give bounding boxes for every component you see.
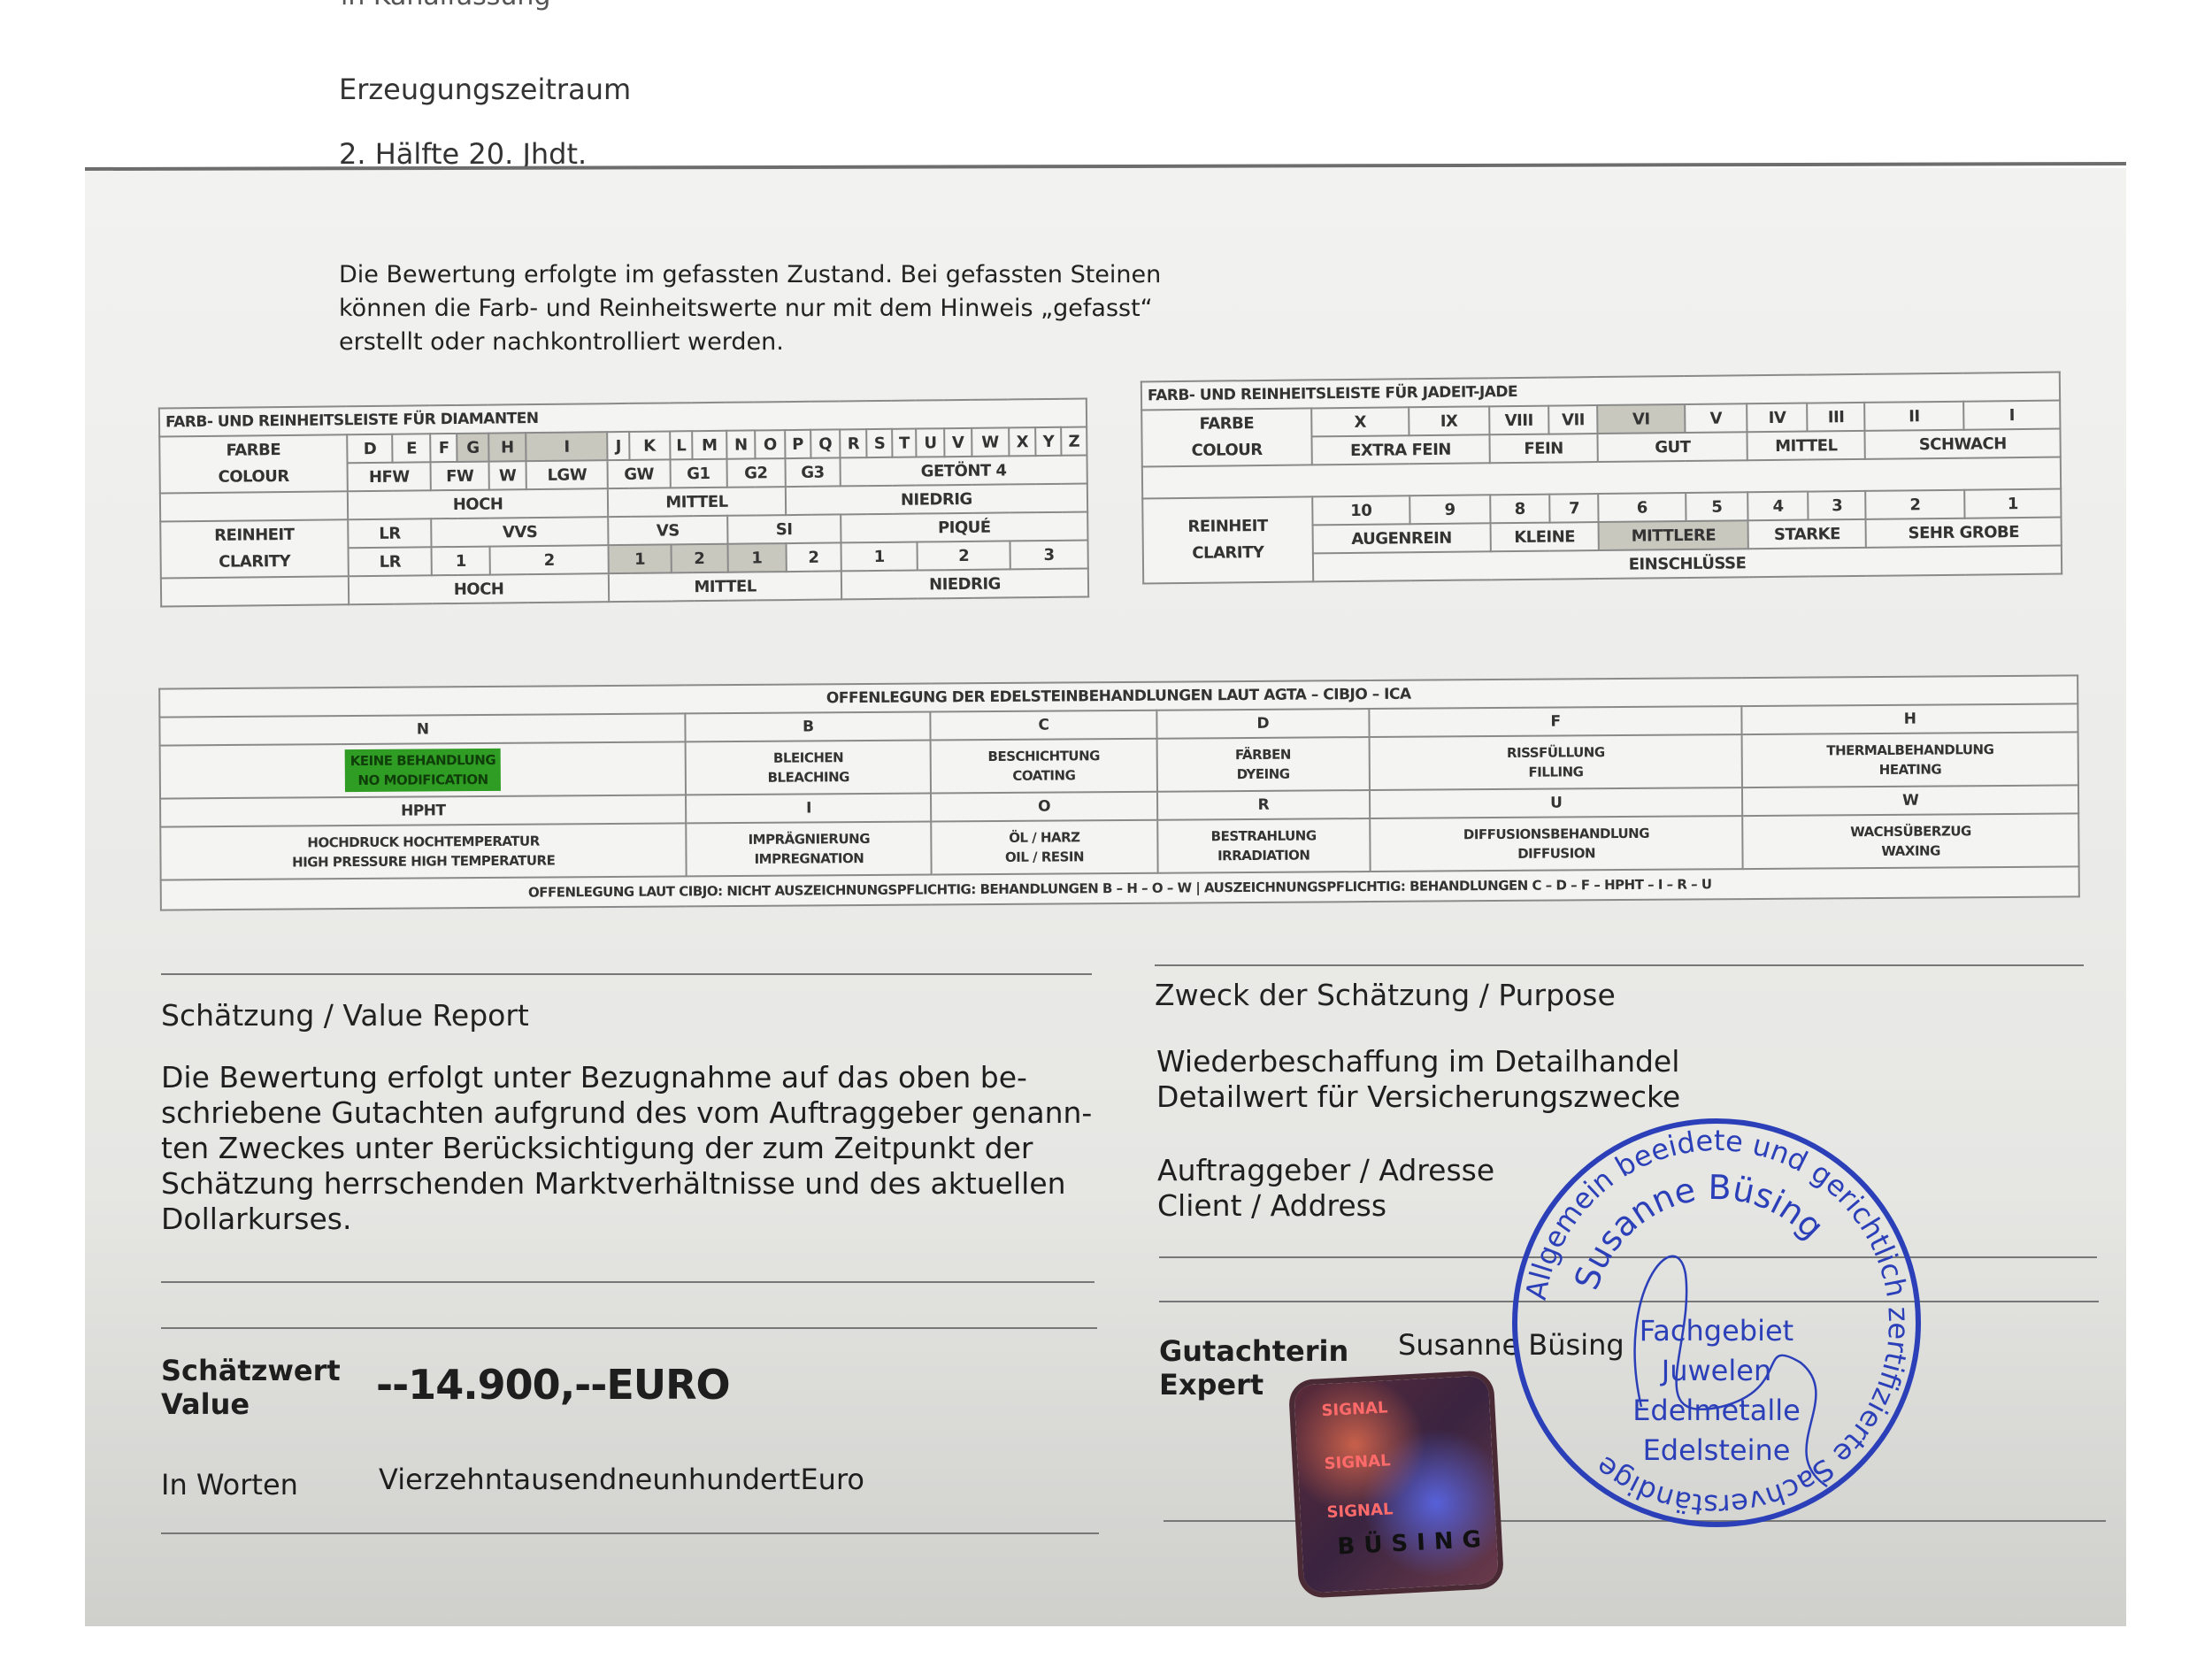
clarity-grade: LR	[349, 547, 433, 576]
colour-group: GUT	[1598, 432, 1747, 462]
colour-group: W	[488, 461, 526, 489]
clarity-group: SI	[727, 514, 841, 543]
header-fragment: in Kanalfassung	[341, 0, 550, 12]
clarity-grade: 3	[1809, 491, 1866, 520]
treatment-code: U	[1370, 787, 1743, 818]
colour-group: FEIN	[1489, 434, 1598, 463]
text-line: Detailwert für Versicherungszwecke	[1156, 1079, 1680, 1115]
divider	[1155, 964, 2084, 966]
clarity-grade: 4	[1747, 492, 1809, 521]
clarity-grade: 1	[1964, 489, 2061, 518]
treatment-description: BESTRAHLUNGIRRADIATION	[1157, 818, 1371, 873]
treatment-description: BESCHICHTUNGCOATING	[931, 739, 1157, 794]
in-words-value: VierzehntausendneunhundertEuro	[379, 1462, 864, 1497]
clarity-group: SEHR GROBE	[1866, 518, 2062, 548]
purpose-title: Zweck der Schätzung / Purpose	[1155, 978, 1616, 1012]
colour-label: FARBECOLOUR	[1141, 408, 1312, 466]
divider	[161, 1281, 1094, 1283]
colour-grade: V	[944, 428, 972, 457]
treatment-description: HOCHDRUCK HOCHTEMPERATURHIGH PRESSURE HI…	[160, 823, 687, 879]
treatment-code: N	[159, 713, 686, 745]
value-label: SchätzwertValue	[161, 1354, 341, 1421]
period-label: Erzeugungszeitraum	[339, 73, 631, 106]
clarity-group: KLEINE	[1490, 522, 1599, 551]
colour-grade: J	[607, 432, 629, 460]
colour-grade: P	[785, 430, 810, 458]
colour-grade: I	[1963, 401, 2060, 430]
treatment-code: D	[1156, 709, 1370, 739]
svg-text:Fachgebiet: Fachgebiet	[1640, 1314, 1793, 1348]
clarity-group: LR	[348, 518, 432, 548]
clarity-grade: 3	[1010, 541, 1088, 570]
colour-grade: IX	[1409, 406, 1489, 435]
treatment-code: C	[931, 710, 1156, 741]
treatment-description: BLEICHENBLEACHING	[686, 740, 931, 795]
colour-grade: K	[629, 431, 670, 459]
colour-grade: I	[526, 432, 607, 461]
hologram-row: SIGNAL	[1324, 1451, 1391, 1473]
treatment-code: O	[931, 792, 1156, 822]
clarity-label: REINHEITCLARITY	[1142, 496, 1313, 583]
colour-grade: O	[756, 430, 786, 458]
clarity-label: REINHEITCLARITY	[160, 519, 349, 578]
jade-grading-table: FARB- UND REINHEITSLEISTE FÜR JADEIT-JAD…	[1141, 372, 2062, 585]
intro-line: Die Bewertung erfolgte im gefassten Zust…	[339, 258, 1224, 292]
clarity-grade: 1	[841, 542, 918, 572]
clarity-grade-selected: 1	[609, 544, 672, 573]
clarity-group: VS	[608, 516, 727, 545]
colour-grade: Z	[1061, 427, 1087, 456]
colour-group: LGW	[526, 460, 608, 489]
colour-grade: N	[726, 430, 756, 458]
clarity-group: PIQUÉ	[841, 512, 1087, 543]
official-stamp-icon: Allgemein beeidete und gerichtlich zerti…	[1509, 1115, 1924, 1531]
blank-cell	[160, 491, 348, 521]
clarity-grade: 1	[432, 547, 490, 576]
clarity-level: HOCH	[349, 573, 610, 604]
text-line: Schätzung herrschenden Marktverhältnisse…	[161, 1166, 1099, 1202]
treatment-description: ÖL / HARZOIL / RESIN	[932, 820, 1158, 875]
value-report-title: Schätzung / Value Report	[161, 998, 529, 1033]
text-line: ten Zweckes unter Berücksichtigung der z…	[161, 1131, 1099, 1166]
colour-grade: II	[1864, 402, 1963, 431]
treatment-code: W	[1742, 785, 2078, 816]
colour-group: MITTEL	[1747, 431, 1865, 460]
colour-grade: III	[1807, 403, 1864, 432]
colour-group: G2	[726, 458, 785, 488]
text-line: schriebene Gutachten aufgrund des vom Au…	[161, 1095, 1099, 1131]
treatment-description: FÄRBENDYEING	[1156, 737, 1370, 792]
treatment-code: HPHT	[160, 795, 687, 826]
colour-grade: Y	[1035, 427, 1061, 456]
clarity-group: AUGENREIN	[1313, 523, 1491, 553]
treatment-description: KEINE BEHANDLUNGNO MODIFICATION	[160, 741, 687, 798]
colour-level: MITTEL	[608, 487, 786, 517]
diamond-grading-table: FARB- UND REINHEITSLEISTE FÜR DIAMANTEN …	[158, 398, 1089, 608]
text-line: Wiederbeschaffung im Detailhandel	[1156, 1044, 1680, 1079]
clarity-group: MITTLERE	[1599, 520, 1748, 550]
colour-grade: F	[431, 434, 457, 462]
colour-grade: U	[916, 428, 944, 457]
colour-group: HFW	[348, 462, 432, 491]
clarity-grade: 10	[1312, 495, 1409, 525]
clarity-grade: 7	[1549, 494, 1598, 523]
colour-grade: V	[1685, 403, 1747, 433]
colour-grade: R	[840, 429, 867, 457]
treatment-disclosure-table: OFFENLEGUNG DER EDELSTEINBEHANDLUNGEN LA…	[158, 674, 2080, 910]
intro-line: können die Farb- und Reinheitswerte nur …	[339, 292, 1224, 326]
treatment-code: F	[1369, 706, 1742, 737]
divider	[161, 1327, 1097, 1329]
colour-grade: S	[867, 429, 893, 457]
colour-grade: X	[1311, 407, 1409, 436]
clarity-grade: 2	[1865, 490, 1964, 519]
colour-grade: G	[457, 434, 489, 462]
svg-text:Edelmetalle: Edelmetalle	[1632, 1394, 1801, 1427]
purpose-text: Wiederbeschaffung im Detailhandel Detail…	[1156, 1044, 1680, 1115]
divider	[161, 1532, 1099, 1534]
clarity-grade-selected: 2	[671, 544, 727, 573]
hologram-seal: SIGNAL SIGNAL SIGNAL BÜSING	[1294, 1375, 1499, 1593]
svg-text:Edelsteine: Edelsteine	[1643, 1433, 1791, 1467]
clarity-grade-selected: 1	[727, 543, 786, 572]
clarity-grade: 6	[1598, 493, 1686, 522]
treatment-description: WACHSÜBERZUGWAXING	[1743, 813, 2079, 869]
colour-group: GETÖNT 4	[840, 456, 1087, 487]
colour-group: GW	[608, 459, 671, 488]
colour-group: G3	[785, 457, 841, 487]
treatment-code: B	[686, 711, 931, 741]
intro-line: erstellt oder nachkontrolliert werden.	[339, 326, 1224, 359]
clarity-grade: 5	[1686, 492, 1748, 521]
hologram-text: BÜSING	[1337, 1526, 1491, 1561]
colour-grade: L	[670, 431, 693, 459]
colour-grade: Q	[810, 429, 841, 457]
colour-grade: M	[692, 431, 726, 459]
estimated-value: --14.900,--EURO	[376, 1361, 730, 1409]
clarity-level: MITTEL	[609, 571, 841, 602]
blank-cell	[161, 576, 349, 606]
colour-group: SCHWACH	[1865, 429, 2061, 459]
colour-grade: E	[392, 434, 430, 462]
clarity-grade: 8	[1490, 495, 1550, 524]
colour-grade: W	[972, 427, 1010, 456]
divider	[161, 973, 1092, 975]
colour-label: FARBECOLOUR	[159, 434, 348, 493]
intro-paragraph: Die Bewertung erfolgte im gefassten Zust…	[339, 258, 1224, 359]
in-words-label: In Worten	[161, 1467, 298, 1502]
colour-grade: D	[347, 434, 393, 464]
treatment-description: IMPRÄGNIERUNGIMPREGNATION	[687, 821, 932, 876]
colour-level: NIEDRIG	[786, 484, 1088, 516]
clarity-group: VVS	[432, 517, 609, 547]
colour-grade: X	[1009, 427, 1036, 456]
clarity-grade: 9	[1409, 495, 1490, 524]
clarity-group: STARKE	[1748, 519, 1866, 549]
colour-group: FW	[431, 462, 489, 491]
clarity-grade: 2	[489, 545, 609, 574]
colour-level: HOCH	[348, 488, 609, 519]
colour-grade: H	[488, 433, 526, 461]
colour-grade: VI	[1597, 404, 1685, 434]
colour-group: EXTRA FEIN	[1311, 434, 1489, 465]
value-report-text: Die Bewertung erfolgt unter Bezugnahme a…	[161, 1060, 1099, 1237]
treatment-description: RISSFÜLLUNGFILLING	[1370, 734, 1743, 790]
text-line: Die Bewertung erfolgt unter Bezugnahme a…	[161, 1060, 1099, 1095]
clarity-grade: 2	[786, 542, 841, 572]
clarity-grade: 2	[918, 541, 1010, 570]
client-label: Auftraggeber / AdresseClient / Address	[1157, 1153, 1494, 1224]
colour-grade: IV	[1747, 403, 1808, 433]
treatment-description: THERMALBEHANDLUNGHEATING	[1742, 732, 2078, 787]
colour-group: G1	[670, 459, 726, 488]
text-line: Dollarkurses.	[161, 1202, 1099, 1237]
clarity-level: NIEDRIG	[841, 569, 1088, 600]
treatment-code: I	[686, 793, 931, 823]
treatment-description: DIFFUSIONSBEHANDLUNGDIFFUSION	[1370, 816, 1743, 872]
colour-grade: VIII	[1489, 406, 1549, 435]
hologram-row: SIGNAL	[1321, 1398, 1388, 1420]
treatment-code: R	[1157, 790, 1371, 820]
colour-grade: VII	[1548, 405, 1597, 434]
treatment-code: H	[1742, 703, 2078, 734]
colour-grade: T	[892, 429, 917, 457]
hologram-row: SIGNAL	[1326, 1500, 1394, 1522]
